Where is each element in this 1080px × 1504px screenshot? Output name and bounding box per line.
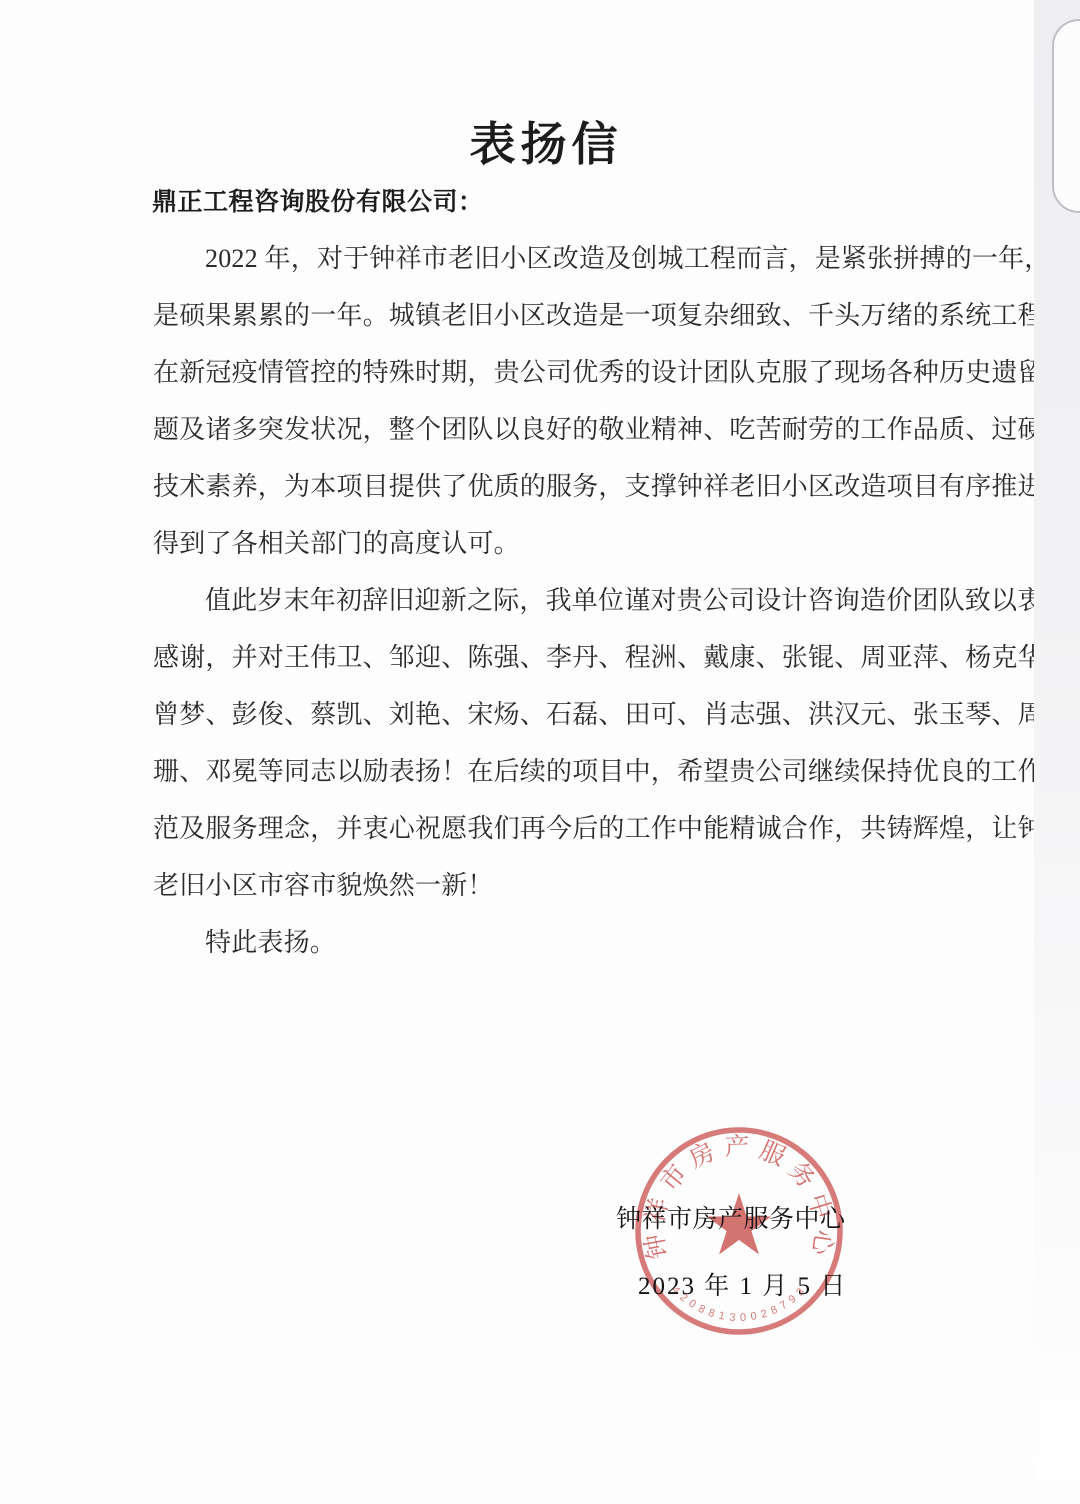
text-line: 特此表扬。 [153,914,963,971]
text-line: 技术素养，为本项目提供了优质的服务，支撑钟祥老旧小区改造项目有序推进， [153,458,963,515]
addressee-line: 鼎正工程咨询股份有限公司： [152,182,484,218]
text-line: 老旧小区市容市貌焕然一新！ [153,857,963,914]
text-line: 得到了各相关部门的高度认可。 [153,515,963,572]
paragraph: 值此岁末年初辞旧迎新之际，我单位谨对贵公司设计咨询造价团队致以衷心感谢，并对王伟… [153,572,963,914]
text-line: 是硕果累累的一年。城镇老旧小区改造是一项复杂细致、千头万绪的系统工程， [153,287,963,344]
letter-body: 2022 年，对于钟祥市老旧小区改造及创城工程而言，是紧张拼搏的一年，也是硕果累… [153,230,963,971]
signature-text: 钟祥市房产服务中心 [616,1199,846,1235]
text-line: 曾梦、彭俊、蔡凯、刘艳、宋炀、石磊、田可、肖志强、洪汉元、张玉琴、周成 [153,686,963,743]
text-line: 珊、邓冕等同志以励表扬！在后续的项目中，希望贵公司继续保持优良的工作风 [153,743,963,800]
text-line: 题及诸多突发状况，整个团队以良好的敬业精神、吃苦耐劳的工作品质、过硬的 [153,401,963,458]
text-line: 2022 年，对于钟祥市老旧小区改造及创城工程而言，是紧张拼搏的一年，也 [153,230,963,287]
date-text: 2023 年 1 月 5 日 [638,1266,847,1302]
scrollbar-track [1034,0,1080,1480]
text-line: 感谢，并对王伟卫、邹迎、陈强、李丹、程洲、戴康、张锟、周亚萍、杨克华、 [153,629,963,686]
paragraph: 2022 年，对于钟祥市老旧小区改造及创城工程而言，是紧张拼搏的一年，也是硕果累… [153,230,963,572]
letter-page: 表扬信 鼎正工程咨询股份有限公司： 2022 年，对于钟祥市老旧小区改造及创城工… [0,0,1080,1504]
paragraph: 特此表扬。 [153,914,963,971]
scrollbar-thumb[interactable] [1052,19,1080,213]
text-line: 范及服务理念，并衷心祝愿我们再今后的工作中能精诚合作，共铸辉煌，让钟祥 [153,800,963,857]
text-line: 值此岁末年初辞旧迎新之际，我单位谨对贵公司设计咨询造价团队致以衷心 [153,572,963,629]
letter-title: 表扬信 [6,108,1080,174]
text-line: 在新冠疫情管控的特殊时期，贵公司优秀的设计团队克服了现场各种历史遗留问 [153,344,963,401]
